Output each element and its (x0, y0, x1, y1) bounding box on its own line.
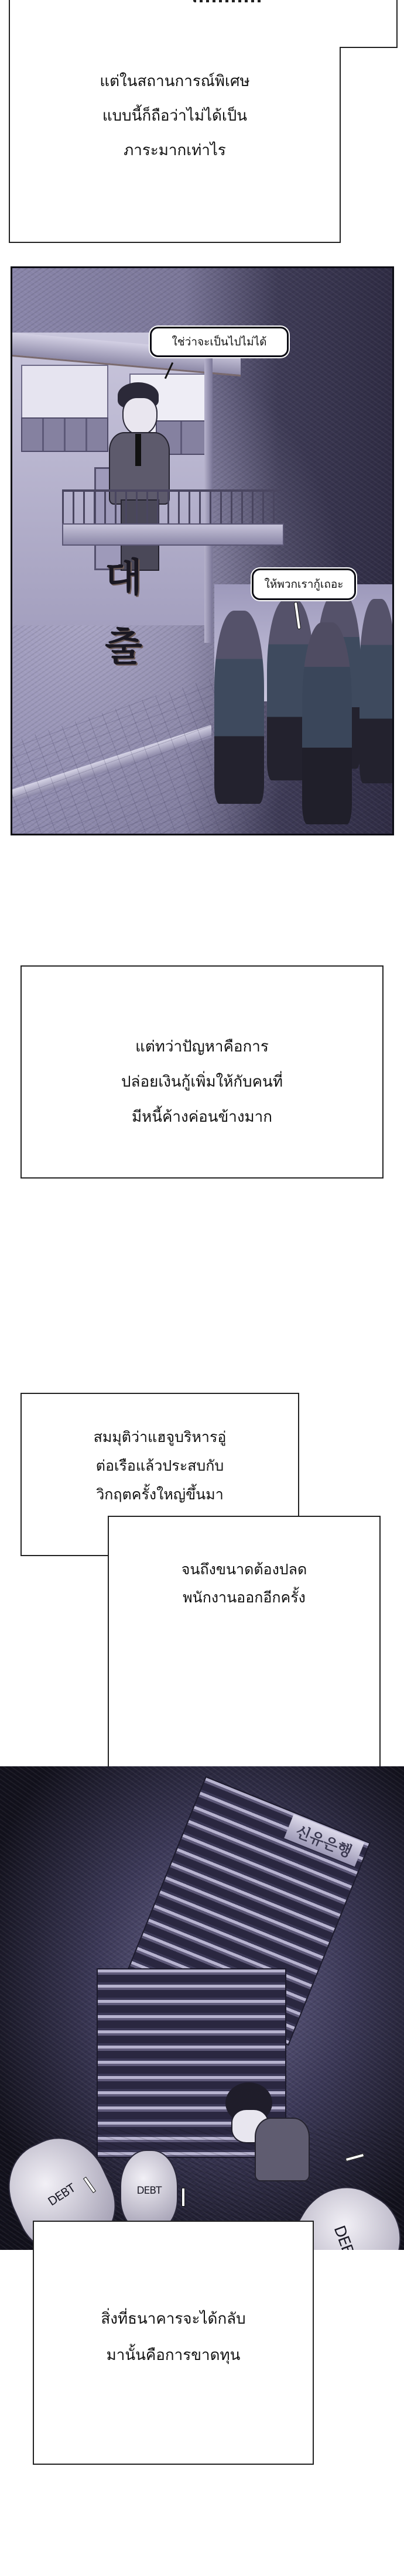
caption-cropped-line (193, 0, 263, 2)
person (214, 611, 264, 804)
man-tie (135, 434, 141, 466)
sack-label: DEBT (45, 2181, 77, 2208)
caption-line: จนถึงขนาดต้องปลด (108, 1556, 381, 1584)
sign-char: 출 (100, 612, 147, 681)
distressed-man (220, 2082, 313, 2182)
man-face (122, 397, 158, 436)
caption-line: ต่อเรือแล้วประสบกับ (20, 1451, 299, 1480)
balcony-railing (62, 489, 282, 526)
debt-sack: DEBT (120, 2150, 178, 2231)
caption-box-1-step-mask (338, 0, 342, 47)
sack-label: DEBT (330, 2224, 360, 2250)
crowd (208, 587, 394, 833)
caption-line: ภาระมากเท่าไร (9, 133, 341, 168)
loan-sign: 대 출 (100, 543, 147, 681)
caption-line: ปล่อยเงินกู้เพิ่มให้กับคนที่ (20, 1064, 384, 1099)
panel-loan-office: 대 출 ใช่ว่าจะเป็นไปไม่ได้ ให้พวกเรากู้เถอ… (11, 266, 394, 835)
man-body (255, 2118, 310, 2181)
balcony-slab (62, 523, 284, 546)
sign-char: 대 (100, 543, 147, 612)
caption-2-text: แต่ทว่าปัญหาคือการ ปล่อยเงินกู้เพิ่มให้ก… (20, 1029, 384, 1135)
caption-line: แบบนี้ก็ถือว่าไม่ได้เป็น (9, 99, 341, 133)
window-left-grid (21, 417, 108, 452)
bubble-text: ให้พวกเรากู้เถอะ (265, 576, 344, 593)
caption-line: มานั้นคือการขาดทุน (33, 2337, 314, 2373)
caption-line: วิกฤตครั้งใหญ่ขึ้นมา (20, 1480, 299, 1509)
person (302, 622, 352, 824)
sack-label: DEBT (137, 2185, 162, 2197)
speech-bubble-crowd: ให้พวกเรากู้เถอะ (252, 568, 356, 600)
caption-1-text: แต่ในสถานการณ์พิเศษ แบบนี้ก็ถือว่าไม่ได้… (9, 64, 341, 168)
caption-merge-mask (109, 1517, 298, 1555)
person (360, 599, 394, 783)
caption-line: มีหนี้ค้างค่อนข้างมาก (20, 1099, 384, 1135)
caption-5-text: สิ่งที่ธนาคารจะได้กลับ มานั้นคือการขาดทุ… (33, 2301, 314, 2373)
caption-line: แต่ในสถานการณ์พิเศษ (9, 64, 341, 99)
caption-4-text: จนถึงขนาดต้องปลด พนักงานออกอีกครั้ง (108, 1556, 381, 1612)
caption-box-1-step (340, 0, 398, 48)
caption-line: สมมุติว่าแฮจูบริหารอู่ (20, 1423, 299, 1451)
bubble-text: ใช่ว่าจะเป็นไปไม่ได้ (172, 333, 267, 351)
caption-line: แต่ทว่าปัญหาคือการ (20, 1029, 384, 1064)
caption-line: สิ่งที่ธนาคารจะได้กลับ (33, 2301, 314, 2337)
panel-bank-collapse: 신유은행 DEBT DEBT DEBT (0, 1766, 404, 2250)
speech-bubble-man: ใช่ว่าจะเป็นไปไม่ได้ (150, 327, 289, 357)
shake-mark (182, 2188, 185, 2207)
caption-3-text: สมมุติว่าแฮจูบริหารอู่ ต่อเรือแล้วประสบก… (20, 1423, 299, 1509)
caption-line: พนักงานออกอีกครั้ง (108, 1584, 381, 1612)
